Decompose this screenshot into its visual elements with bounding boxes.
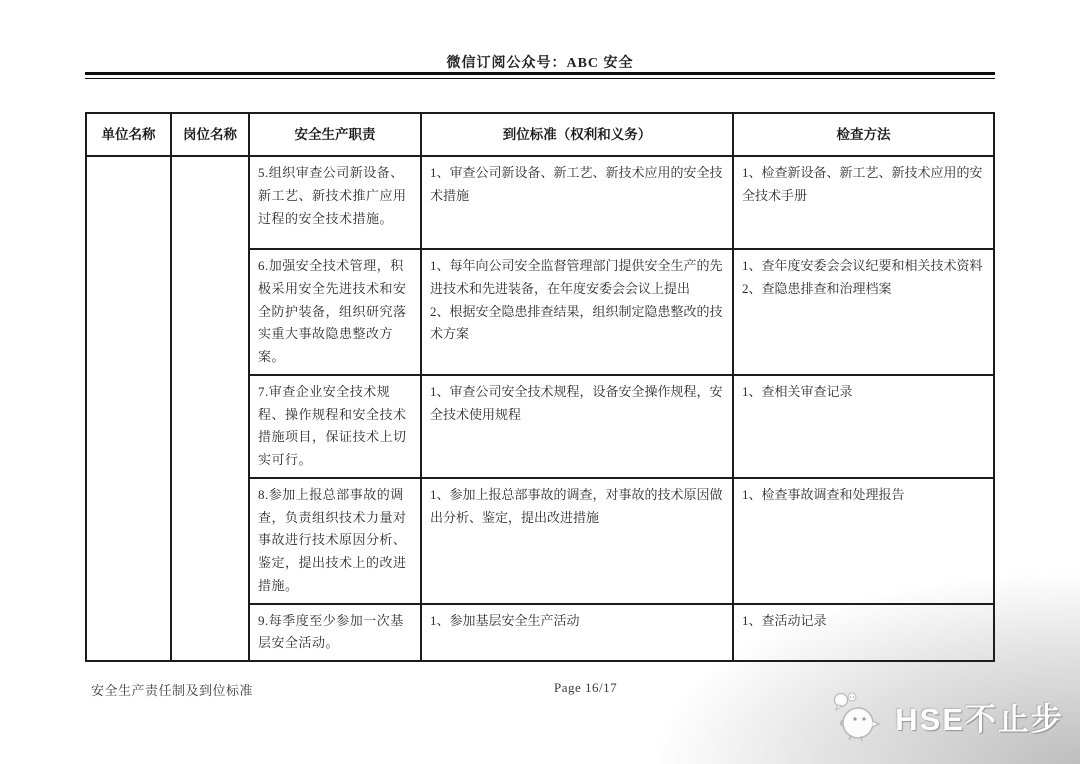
cell-standard: 1、参加基层安全生产活动	[421, 604, 733, 662]
cell-duty: 8.参加上报总部事故的调查，负责组织技术力量对事故进行技术原因分析、鉴定，提出技…	[249, 478, 421, 604]
col-header-duty: 安全生产职责	[249, 113, 421, 156]
footer-doc-title: 安全生产责任制及到位标准	[91, 680, 253, 699]
cell-standard: 1、审查公司安全技术规程，设备安全操作规程，安全技术使用规程	[421, 375, 733, 478]
table-body: 5.组织审查公司新设备、新工艺、新技术推广应用过程的安全技术措施。 1、审查公司…	[86, 156, 994, 661]
cell-check-method: 1、查相关审查记录	[733, 375, 994, 478]
cell-unit-name	[86, 156, 171, 661]
watermark: HSE不止步	[831, 690, 1064, 742]
table-header: 单位名称 岗位名称 安全生产职责 到位标准（权利和义务） 检查方法	[86, 113, 994, 156]
header-divider	[85, 72, 995, 79]
cell-duty: 6.加强安全技术管理，积极采用安全先进技术和安全防护装备，组织研究落实重大事故隐…	[249, 249, 421, 375]
cell-check-method: 1、查活动记录	[733, 604, 994, 662]
cell-standard: 1、每年向公司安全监督管理部门提供安全生产的先进技术和先进装备，在年度安委会会议…	[421, 249, 733, 375]
col-header-check-method: 检查方法	[733, 113, 994, 156]
col-header-unit-name: 单位名称	[86, 113, 171, 156]
cell-duty: 7.审查企业安全技术规程、操作规程和安全技术措施项目，保证技术上切实可行。	[249, 375, 421, 478]
col-header-post-name: 岗位名称	[171, 113, 249, 156]
cell-post-name	[171, 156, 249, 661]
cell-check-method: 1、查年度安委会会议纪要和相关技术资料 2、查隐患排查和治理档案	[733, 249, 994, 375]
cell-check-method: 1、检查事故调查和处理报告	[733, 478, 994, 604]
cell-standard: 1、审查公司新设备、新工艺、新技术应用的安全技术措施	[421, 156, 733, 249]
document-page: 微信订阅公众号：ABC 安全 单位名称 岗位名称 安全生产职责 到位标准（权利和…	[0, 0, 1080, 764]
cell-check-method: 1、检查新设备、新工艺、新技术应用的安全技术手册	[733, 156, 994, 249]
table-row: 5.组织审查公司新设备、新工艺、新技术推广应用过程的安全技术措施。 1、审查公司…	[86, 156, 994, 249]
col-header-standard: 到位标准（权利和义务）	[421, 113, 733, 156]
watermark-text: HSE不止步	[895, 694, 1064, 739]
chick-with-speech-bubbles-icon	[831, 690, 887, 742]
responsibility-table: 单位名称 岗位名称 安全生产职责 到位标准（权利和义务） 检查方法 5.组织审查…	[85, 112, 995, 662]
cell-standard: 1、参加上报总部事故的调查，对事故的技术原因做出分析、鉴定，提出改进措施	[421, 478, 733, 604]
header-note: 微信订阅公众号：ABC 安全	[0, 52, 1080, 72]
cell-duty: 5.组织审查公司新设备、新工艺、新技术推广应用过程的安全技术措施。	[249, 156, 421, 249]
cell-duty: 9.每季度至少参加一次基层安全活动。	[249, 604, 421, 662]
table-header-row: 单位名称 岗位名称 安全生产职责 到位标准（权利和义务） 检查方法	[86, 113, 994, 156]
footer-page-number: Page 16/17	[554, 680, 617, 696]
